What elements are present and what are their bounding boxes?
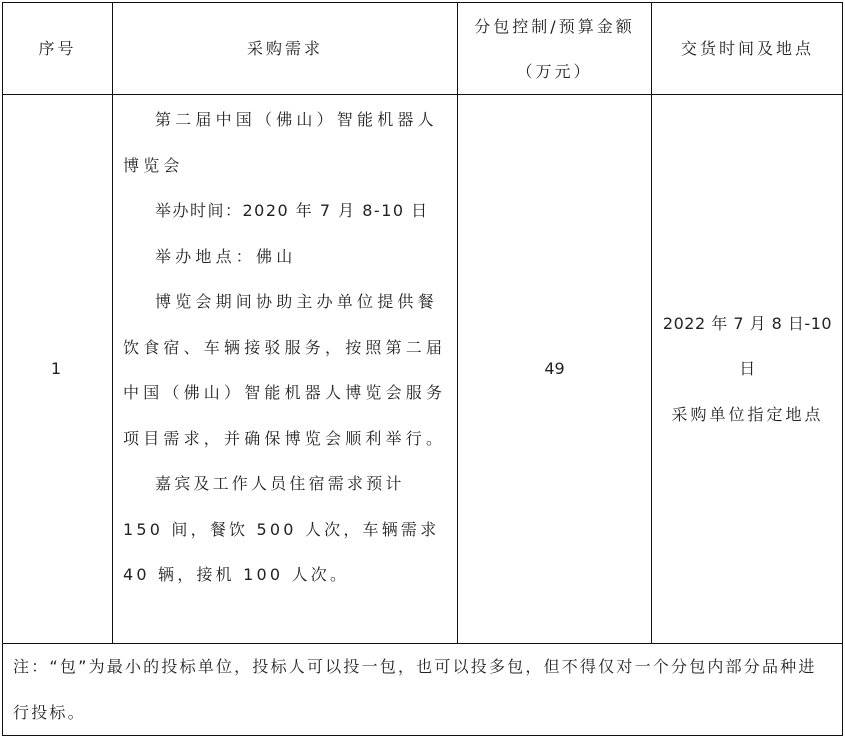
- header-requirement-label: 采购需求: [247, 26, 323, 71]
- header-index: 序号: [3, 3, 112, 94]
- requirement-place: 举办地点：佛山: [123, 234, 447, 280]
- row-budget: 49: [544, 346, 564, 392]
- row-index-cell: 1: [3, 95, 112, 643]
- delivery-time: 2022 年 7 月 8 日-10 日: [658, 301, 838, 392]
- requirement-time: 举办时间：2020 年 7 月 8-10 日: [123, 188, 447, 234]
- row-budget-cell: 49: [458, 95, 651, 643]
- note-cell: 注：“包”为最小的投标单位，投标人可以投一包，也可以投多包，但不得仅对一个分包内…: [3, 644, 843, 736]
- header-budget-label-line2: （万元）: [516, 49, 592, 94]
- header-delivery-label: 交货时间及地点: [681, 26, 814, 71]
- header-index-label: 序号: [38, 26, 76, 71]
- header-budget-label-line1: 分包控制/预算金额: [474, 4, 634, 49]
- row-index: 1: [51, 346, 64, 392]
- requirement-description: 博览会期间协助主办单位提供餐饮食宿、车辆接驳服务，按照第二届中国（佛山）智能机器…: [123, 279, 447, 461]
- row-delivery-cell: 2022 年 7 月 8 日-10 日 采购单位指定地点: [652, 95, 843, 643]
- requirement-quantities: 嘉宾及工作人员住宿需求预计 150 间，餐饮 500 人次，车辆需求 40 辆，…: [123, 461, 447, 598]
- requirement-title: 第二届中国（佛山）智能机器人博览会: [123, 97, 447, 188]
- header-delivery: 交货时间及地点: [652, 3, 843, 94]
- note-text: 注：“包”为最小的投标单位，投标人可以投一包，也可以投多包，但不得仅对一个分包内…: [13, 657, 817, 722]
- row-requirement-cell: 第二届中国（佛山）智能机器人博览会 举办时间：2020 年 7 月 8-10 日…: [113, 97, 457, 643]
- header-requirement: 采购需求: [113, 3, 457, 94]
- header-budget: 分包控制/预算金额 （万元）: [458, 3, 651, 94]
- delivery-place: 采购单位指定地点: [671, 392, 823, 438]
